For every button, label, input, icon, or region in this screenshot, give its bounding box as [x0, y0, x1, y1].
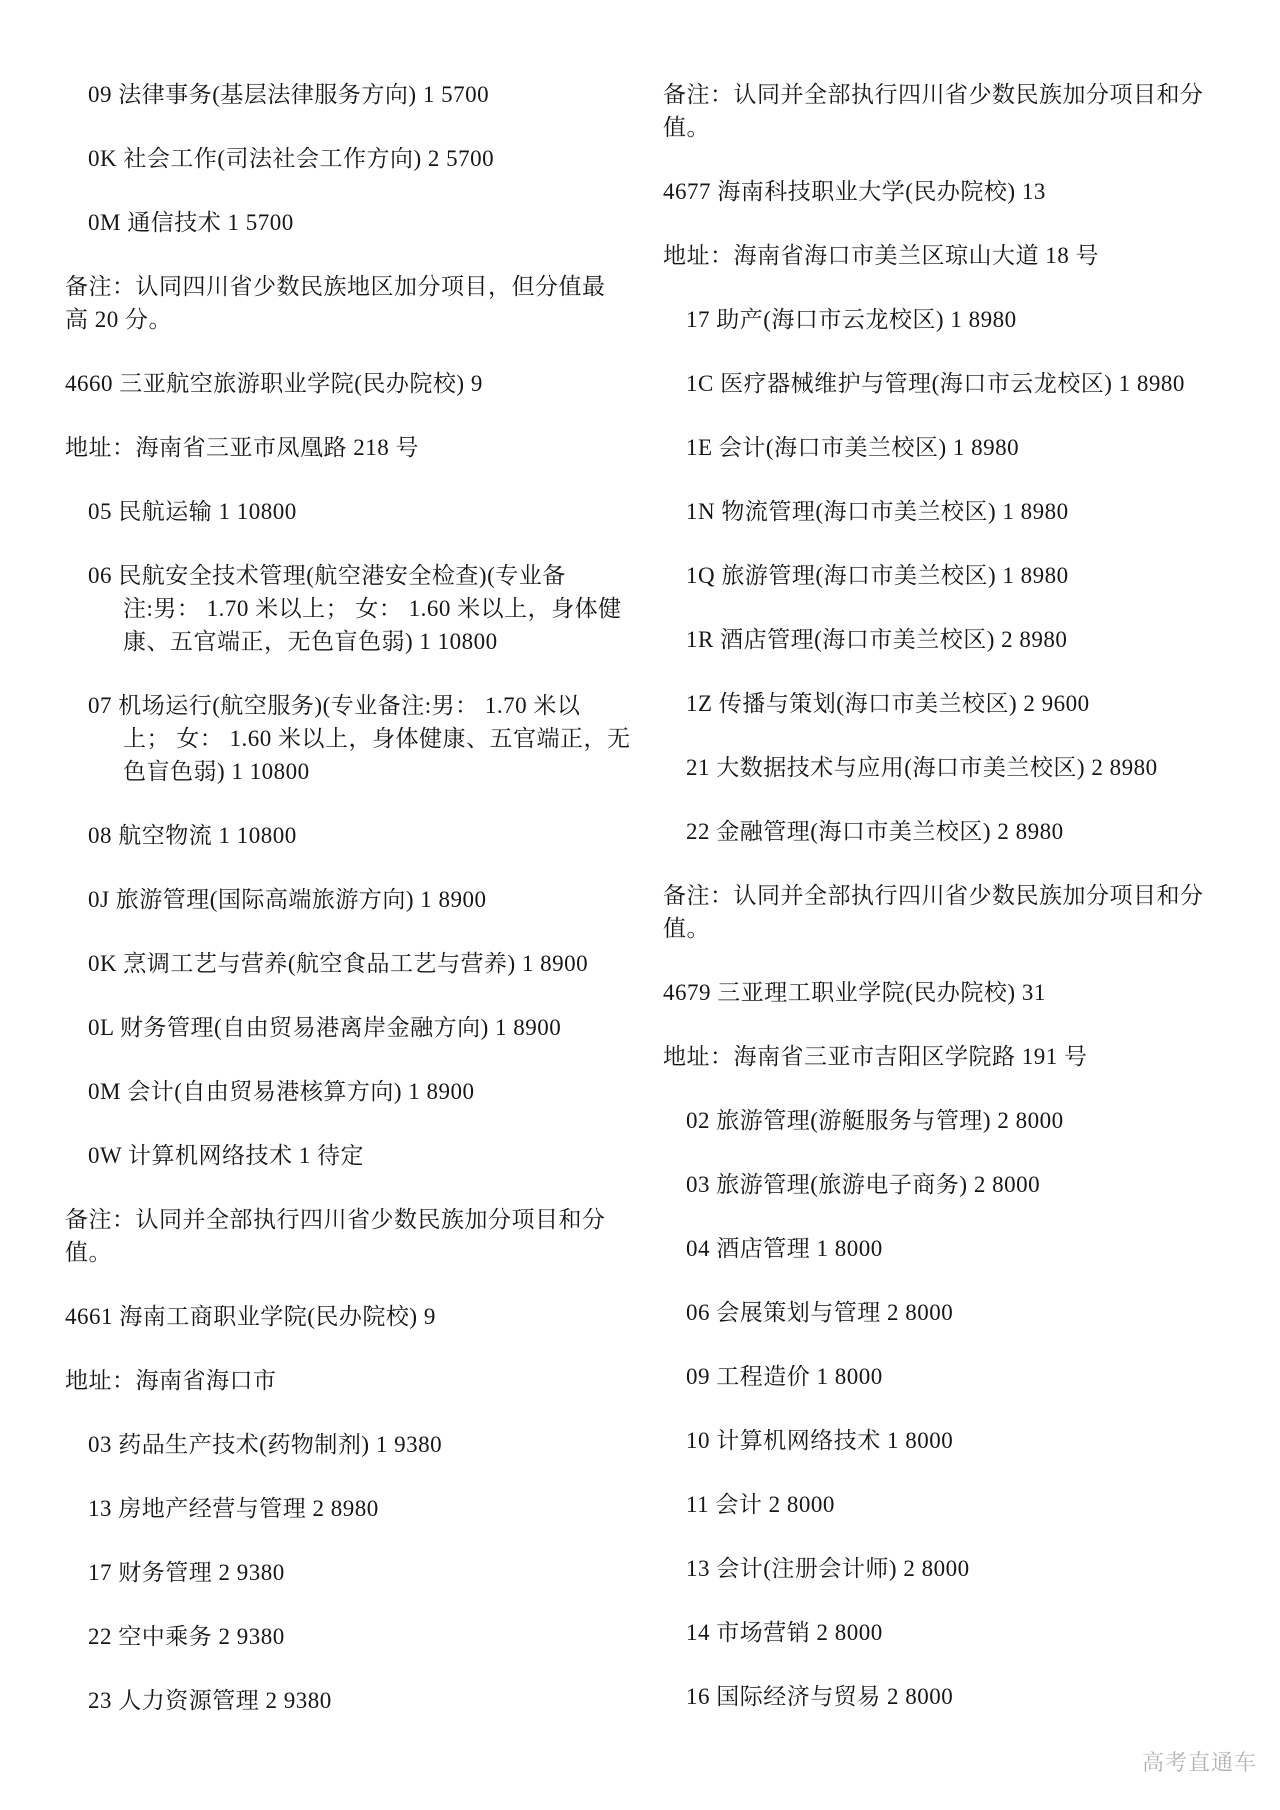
address-line: 地址：海南省海口市美兰区琼山大道 18 号 — [663, 239, 1263, 272]
major-line: 03 药品生产技术(药物制剂) 1 9380 — [65, 1428, 640, 1461]
address-line: 地址：海南省三亚市凤凰路 218 号 — [65, 431, 640, 464]
major-line: 21 大数据技术与应用(海口市美兰校区) 2 8980 — [663, 751, 1263, 784]
major-line: 06 民航安全技术管理(航空港安全检查)(专业备 注:男： 1.70 米以上； … — [65, 559, 640, 658]
school-heading: 4679 三亚理工职业学院(民办院校) 31 — [663, 976, 1263, 1009]
major-line: 23 人力资源管理 2 9380 — [65, 1684, 640, 1717]
major-line: 05 民航运输 1 10800 — [65, 495, 640, 528]
major-line: 09 法律事务(基层法律服务方向) 1 5700 — [65, 78, 640, 111]
major-line: 08 航空物流 1 10800 — [65, 819, 640, 852]
address-line: 地址：海南省三亚市吉阳区学院路 191 号 — [663, 1040, 1263, 1073]
school-heading: 4661 海南工商职业学院(民办院校) 9 — [65, 1300, 640, 1333]
note-paragraph: 备注：认同四川省少数民族地区加分项目，但分值最 高 20 分。 — [65, 270, 640, 336]
address-line: 地址：海南省海口市 — [65, 1364, 640, 1397]
note-paragraph: 备注：认同并全部执行四川省少数民族加分项目和分 值。 — [663, 879, 1263, 945]
major-line: 1R 酒店管理(海口市美兰校区) 2 8980 — [663, 623, 1263, 656]
major-line: 0K 社会工作(司法社会工作方向) 2 5700 — [65, 142, 640, 175]
right-column: 备注：认同并全部执行四川省少数民族加分项目和分 值。4677 海南科技职业大学(… — [663, 78, 1263, 1744]
major-line: 22 金融管理(海口市美兰校区) 2 8980 — [663, 815, 1263, 848]
major-line: 13 房地产经营与管理 2 8980 — [65, 1492, 640, 1525]
document-page: 09 法律事务(基层法律服务方向) 1 57000K 社会工作(司法社会工作方向… — [0, 0, 1280, 1810]
major-line: 1C 医疗器械维护与管理(海口市云龙校区) 1 8980 — [663, 367, 1263, 400]
school-heading: 4677 海南科技职业大学(民办院校) 13 — [663, 175, 1263, 208]
major-line: 10 计算机网络技术 1 8000 — [663, 1424, 1263, 1457]
major-line: 0J 旅游管理(国际高端旅游方向) 1 8900 — [65, 883, 640, 916]
school-heading: 4660 三亚航空旅游职业学院(民办院校) 9 — [65, 367, 640, 400]
major-line: 1Q 旅游管理(海口市美兰校区) 1 8980 — [663, 559, 1263, 592]
major-line: 09 工程造价 1 8000 — [663, 1360, 1263, 1393]
watermark-text: 高考直通车 — [1142, 1750, 1257, 1776]
major-line: 17 财务管理 2 9380 — [65, 1556, 640, 1589]
major-line: 06 会展策划与管理 2 8000 — [663, 1296, 1263, 1329]
major-line: 14 市场营销 2 8000 — [663, 1616, 1263, 1649]
major-line: 0K 烹调工艺与营养(航空食品工艺与营养) 1 8900 — [65, 947, 640, 980]
major-line: 1Z 传播与策划(海口市美兰校区) 2 9600 — [663, 687, 1263, 720]
major-line: 0L 财务管理(自由贸易港离岸金融方向) 1 8900 — [65, 1011, 640, 1044]
major-line: 0M 会计(自由贸易港核算方向) 1 8900 — [65, 1075, 640, 1108]
major-line: 07 机场运行(航空服务)(专业备注:男： 1.70 米以 上； 女： 1.60… — [65, 689, 640, 788]
major-line: 0M 通信技术 1 5700 — [65, 206, 640, 239]
major-line: 13 会计(注册会计师) 2 8000 — [663, 1552, 1263, 1585]
major-line: 04 酒店管理 1 8000 — [663, 1232, 1263, 1265]
left-column: 09 法律事务(基层法律服务方向) 1 57000K 社会工作(司法社会工作方向… — [65, 78, 640, 1748]
major-line: 17 助产(海口市云龙校区) 1 8980 — [663, 303, 1263, 336]
major-line: 11 会计 2 8000 — [663, 1488, 1263, 1521]
major-line: 16 国际经济与贸易 2 8000 — [663, 1680, 1263, 1713]
major-line: 03 旅游管理(旅游电子商务) 2 8000 — [663, 1168, 1263, 1201]
major-line: 1E 会计(海口市美兰校区) 1 8980 — [663, 431, 1263, 464]
major-line: 02 旅游管理(游艇服务与管理) 2 8000 — [663, 1104, 1263, 1137]
major-line: 22 空中乘务 2 9380 — [65, 1620, 640, 1653]
note-paragraph: 备注：认同并全部执行四川省少数民族加分项目和分 值。 — [65, 1203, 640, 1269]
major-line: 1N 物流管理(海口市美兰校区) 1 8980 — [663, 495, 1263, 528]
note-paragraph: 备注：认同并全部执行四川省少数民族加分项目和分 值。 — [663, 78, 1263, 144]
major-line: 0W 计算机网络技术 1 待定 — [65, 1139, 640, 1172]
